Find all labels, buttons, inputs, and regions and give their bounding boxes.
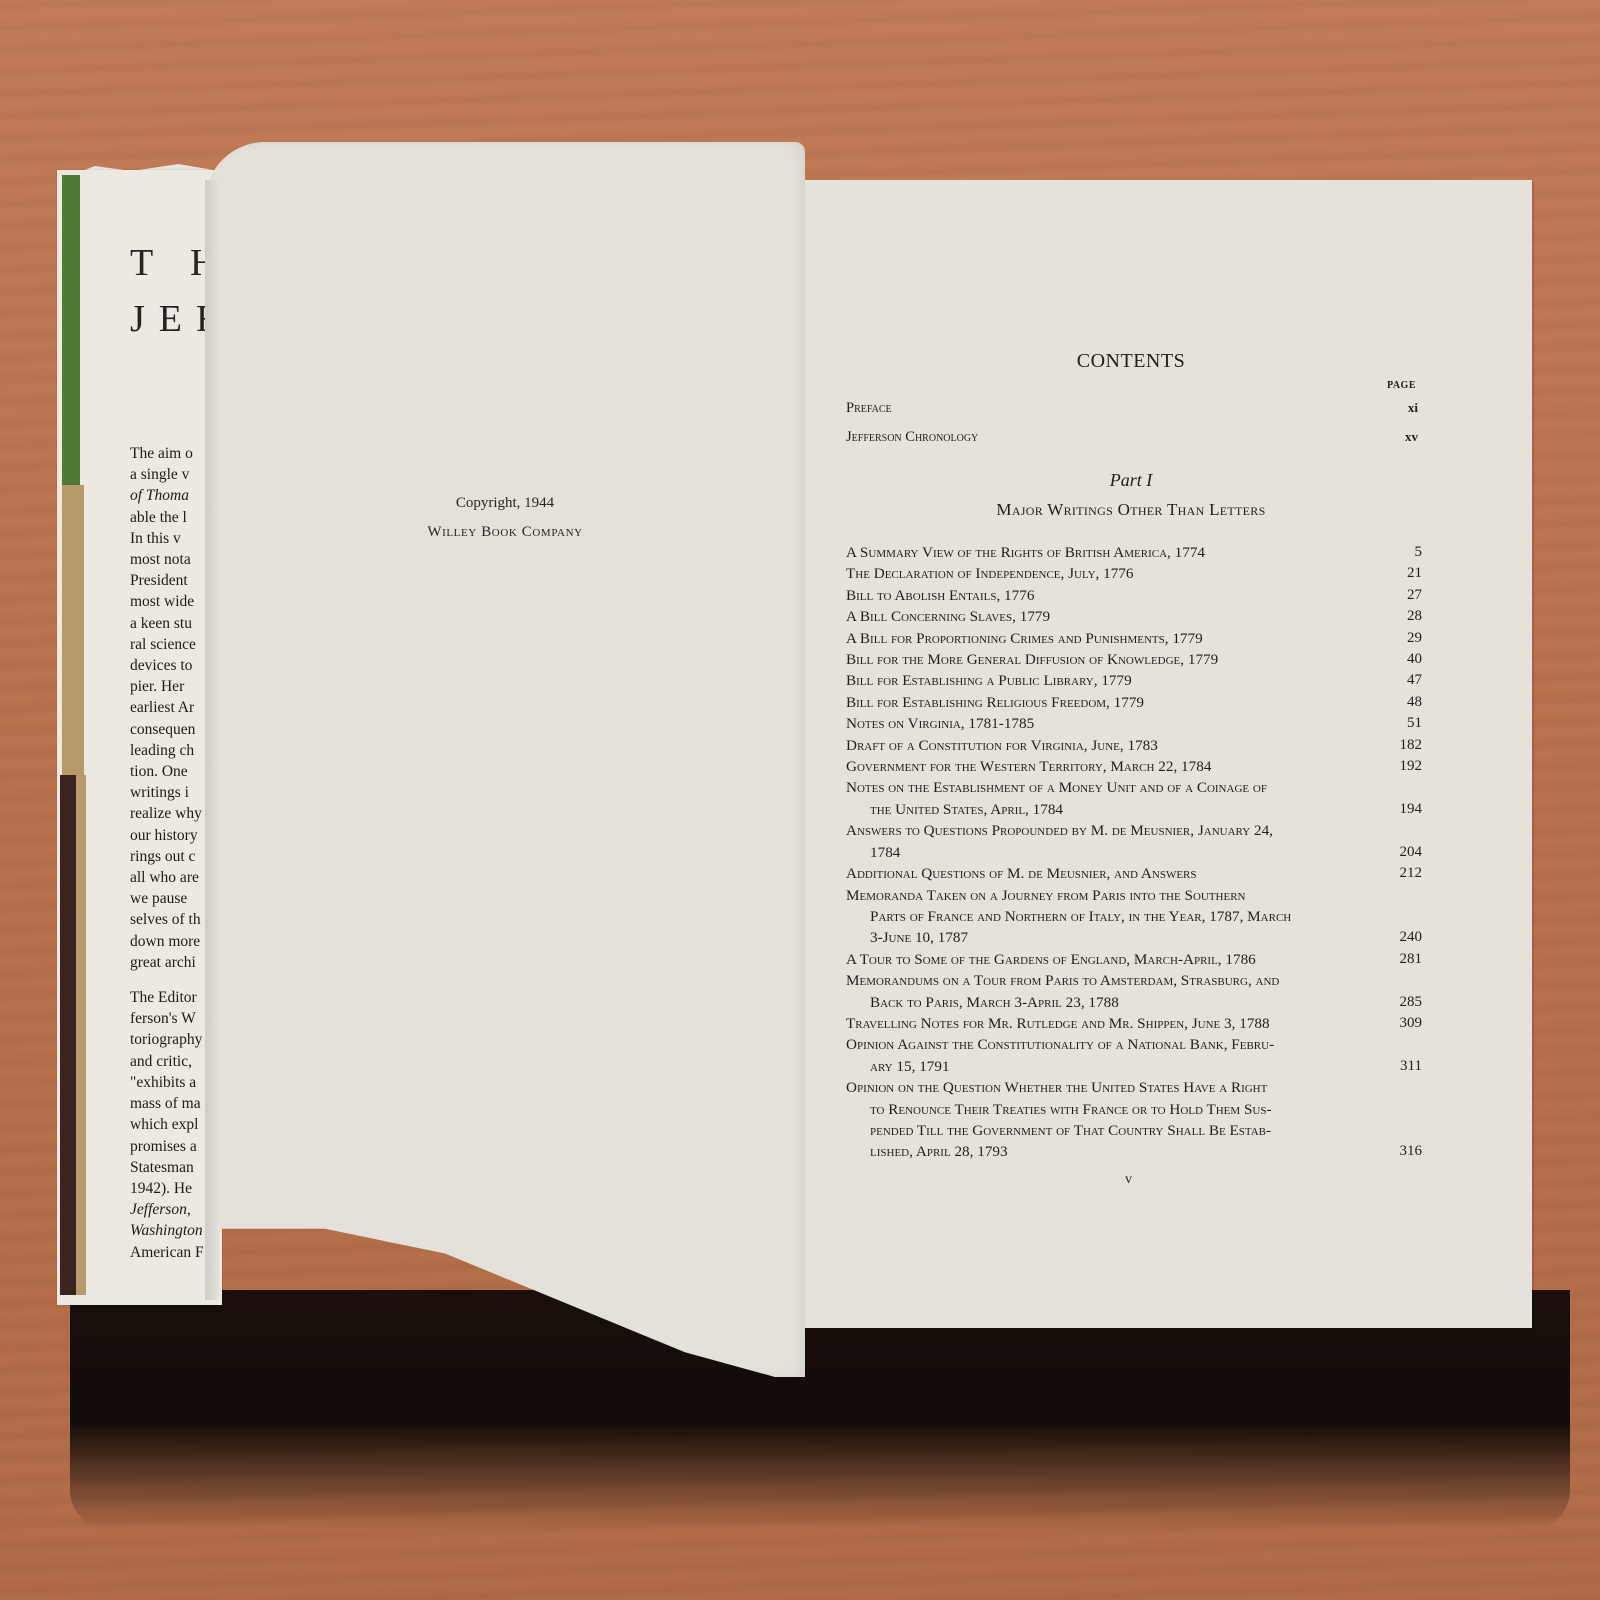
toc-entry-page-number: 27 xyxy=(1407,585,1422,606)
toc-entry-title-line: A Tour to Some of the Gardens of England… xyxy=(846,949,1376,970)
jacket-blurb-line: Jefferson, xyxy=(130,1199,212,1220)
toc-entry-page-number: 240 xyxy=(1400,927,1423,948)
front-matter-page: xi xyxy=(1408,400,1418,416)
copyright-notice: Copyright, 1944 xyxy=(205,495,805,512)
toc-entry-title-line: Government for the Western Territory, Ma… xyxy=(846,756,1376,777)
toc-entry-title-line: the United States, April, 1784 xyxy=(846,799,1376,820)
toc-entry: Bill for Establishing Religious Freedom,… xyxy=(846,692,1426,713)
jacket-blurb-line: a single v xyxy=(130,464,212,485)
toc-entry: A Bill Concerning Slaves, 177928 xyxy=(846,606,1426,627)
toc-entries: A Summary View of the Rights of British … xyxy=(846,542,1426,1163)
front-matter-title: Jefferson Chronology xyxy=(846,429,978,445)
toc-entry-title-line: Draft of a Constitution for Virginia, Ju… xyxy=(846,735,1376,756)
toc-entry-title-line: Bill for Establishing Religious Freedom,… xyxy=(846,692,1376,713)
left-page-curl xyxy=(205,180,219,1300)
jacket-blurb-line: able the l xyxy=(130,507,212,528)
jacket-blurb-line: American F xyxy=(130,1242,212,1263)
toc-entry-page-number: 281 xyxy=(1400,949,1423,970)
toc-entry-title-line: Bill for Establishing a Public Library, … xyxy=(846,670,1376,691)
front-matter-title: Preface xyxy=(846,400,892,416)
toc-entry-title-line: lished, April 28, 1793 xyxy=(846,1141,1376,1162)
toc-entry: Answers to Questions Propounded by M. de… xyxy=(846,820,1426,863)
jacket-blurb-line: which expl xyxy=(130,1114,212,1135)
toc-entry: Bill to Abolish Entails, 177627 xyxy=(846,585,1426,606)
toc-entry-title-line: ary 15, 1791 xyxy=(846,1056,1376,1077)
jacket-blurb-line: devices to xyxy=(130,655,212,676)
toc-entry-title-line: Answers to Questions Propounded by M. de… xyxy=(846,820,1376,841)
toc-entry-page-number: 192 xyxy=(1400,756,1423,777)
toc-entry: Government for the Western Territory, Ma… xyxy=(846,756,1426,777)
toc-entry-title-line: pended Till the Government of That Count… xyxy=(846,1120,1376,1141)
jacket-blurb-line: we pause xyxy=(130,888,212,909)
jacket-blurb-line: Washington xyxy=(130,1220,212,1241)
jacket-blurb-line: and critic, xyxy=(130,1051,212,1072)
toc-entry-page-number: 48 xyxy=(1407,692,1422,713)
jacket-blurb-line: tion. One xyxy=(130,761,212,782)
jacket-tan-band xyxy=(62,485,84,775)
toc-entry: A Bill for Proportioning Crimes and Puni… xyxy=(846,628,1426,649)
toc-entry-title-line: Travelling Notes for Mr. Rutledge and Mr… xyxy=(846,1013,1376,1034)
toc-entry-title-line: Opinion on the Question Whether the Unit… xyxy=(846,1077,1376,1098)
jacket-blurb-line: mass of ma xyxy=(130,1093,212,1114)
left-page xyxy=(205,142,805,1377)
toc-entry-title-line: Bill for the More General Diffusion of K… xyxy=(846,649,1376,670)
jacket-blurb-line: The aim o xyxy=(130,443,212,464)
jacket-blurb-line: consequen xyxy=(130,719,212,740)
jacket-blurb-line: our history xyxy=(130,825,212,846)
jacket-blurb-line: of Thoma xyxy=(130,485,212,506)
jacket-blurb-line: great archi xyxy=(130,952,212,973)
toc-entry: Bill for the More General Diffusion of K… xyxy=(846,649,1426,670)
jacket-blurb-line: President xyxy=(130,570,212,591)
toc-entry-title-line: Notes on the Establishment of a Money Un… xyxy=(846,777,1376,798)
toc-entry: Additional Questions of M. de Meusnier, … xyxy=(846,863,1426,884)
toc-entry: Draft of a Constitution for Virginia, Ju… xyxy=(846,735,1426,756)
toc-entry-page-number: 311 xyxy=(1400,1056,1422,1077)
toc-entry-page-number: 29 xyxy=(1407,628,1422,649)
jacket-blurb-line: most wide xyxy=(130,591,212,612)
toc-entry-title-line: A Bill for Proportioning Crimes and Puni… xyxy=(846,628,1376,649)
toc-entry-title-line: Parts of France and Northern of Italy, i… xyxy=(846,906,1376,927)
toc-front-matter-preface: Preface xi xyxy=(846,400,1416,417)
toc-entry-title-line: A Bill Concerning Slaves, 1779 xyxy=(846,606,1376,627)
jacket-blurb-line: earliest Ar xyxy=(130,697,212,718)
jacket-brown-band xyxy=(60,775,76,1295)
jacket-blurb: The aim oa single vof Thomaable the lIn … xyxy=(130,443,212,1277)
jacket-blurb-line: pier. Her xyxy=(130,676,212,697)
toc-entry: Opinion on the Question Whether the Unit… xyxy=(846,1077,1426,1163)
toc-entry: A Summary View of the Rights of British … xyxy=(846,542,1426,563)
jacket-blurb-line: a keen stu xyxy=(130,613,212,634)
toc-entry-page-number: 204 xyxy=(1400,842,1423,863)
toc-entry: The Declaration of Independence, July, 1… xyxy=(846,563,1426,584)
toc-entry-title-line: to Renounce Their Treaties with France o… xyxy=(846,1099,1376,1120)
jacket-blurb-line: promises a xyxy=(130,1136,212,1157)
jacket-blurb-line: "exhibits a xyxy=(130,1072,212,1093)
toc-entry-page-number: 194 xyxy=(1400,799,1423,820)
jacket-blurb-line: toriography xyxy=(130,1029,212,1050)
front-matter-page: xv xyxy=(1405,429,1418,445)
toc-entry-page-number: 309 xyxy=(1400,1013,1423,1034)
toc-entry: Notes on the Establishment of a Money Un… xyxy=(846,777,1426,820)
toc-entry: Travelling Notes for Mr. Rutledge and Mr… xyxy=(846,1013,1426,1034)
jacket-blurb-paragraph-2: The Editorferson's Wtoriographyand criti… xyxy=(130,987,212,1263)
toc-entry-title-line: Opinion Against the Constitutionality of… xyxy=(846,1034,1376,1055)
toc-entry: Opinion Against the Constitutionality of… xyxy=(846,1034,1426,1077)
jacket-blurb-line: all who are xyxy=(130,867,212,888)
jacket-blurb-line: ferson's W xyxy=(130,1008,212,1029)
toc-entry-title-line: Bill to Abolish Entails, 1776 xyxy=(846,585,1376,606)
jacket-blurb-paragraph-1: The aim oa single vof Thomaable the lIn … xyxy=(130,443,212,973)
toc-entry-page-number: 5 xyxy=(1415,542,1423,563)
jacket-blurb-line: leading ch xyxy=(130,740,212,761)
toc-entry-title-line: 1784 xyxy=(846,842,1376,863)
jacket-green-band xyxy=(62,175,80,485)
jacket-blurb-line: In this v xyxy=(130,528,212,549)
toc-entry-title-line: The Declaration of Independence, July, 1… xyxy=(846,563,1376,584)
toc-entry-page-number: 21 xyxy=(1407,563,1422,584)
toc-entry-title-line: 3-June 10, 1787 xyxy=(846,927,1376,948)
toc-entry-title-line: Back to Paris, March 3-April 23, 1788 xyxy=(846,992,1376,1013)
copyright-block: Copyright, 1944 Willey Book Company xyxy=(205,495,805,541)
jacket-blurb-line: rings out c xyxy=(130,846,212,867)
toc-entry-page-number: 28 xyxy=(1407,606,1422,627)
toc-entry-title-line: Memoranda Taken on a Journey from Paris … xyxy=(846,885,1376,906)
jacket-blurb-line: most nota xyxy=(130,549,212,570)
jacket-blurb-line: down more xyxy=(130,931,212,952)
jacket-blurb-line: realize why xyxy=(130,803,212,824)
toc-entry-title-line: Additional Questions of M. de Meusnier, … xyxy=(846,863,1376,884)
jacket-tan-edge xyxy=(76,775,86,1295)
toc-entry: Bill for Establishing a Public Library, … xyxy=(846,670,1426,691)
jacket-blurb-line: ral science xyxy=(130,634,212,655)
toc-entry-page-number: 212 xyxy=(1400,863,1423,884)
toc-entry: Memoranda Taken on a Journey from Paris … xyxy=(846,885,1426,949)
toc-entry-title-line: Notes on Virginia, 1781-1785 xyxy=(846,713,1376,734)
contents-heading: CONTENTS xyxy=(846,350,1416,373)
toc-entry-page-number: 47 xyxy=(1407,670,1422,691)
publisher-name: Willey Book Company xyxy=(205,524,805,541)
toc-entry-title-line: A Summary View of the Rights of British … xyxy=(846,542,1376,563)
jacket-blurb-line: writings i xyxy=(130,782,212,803)
page-column-header: PAGE xyxy=(1387,380,1416,391)
toc-entry-title-line: Memorandums on a Tour from Paris to Amst… xyxy=(846,970,1376,991)
toc-entry-page-number: 40 xyxy=(1407,649,1422,670)
toc-entry-page-number: 316 xyxy=(1400,1141,1423,1162)
jacket-blurb-line: 1942). He xyxy=(130,1178,212,1199)
toc-entry: Notes on Virginia, 1781-178551 xyxy=(846,713,1426,734)
jacket-blurb-line: Statesman xyxy=(130,1157,212,1178)
toc-entry-page-number: 51 xyxy=(1407,713,1422,734)
toc-entry: A Tour to Some of the Gardens of England… xyxy=(846,949,1426,970)
toc-entry-page-number: 285 xyxy=(1400,992,1423,1013)
part-subtitle: Major Writings Other Than Letters xyxy=(846,500,1416,520)
toc-entry-page-number: 182 xyxy=(1400,735,1423,756)
jacket-blurb-line: selves of th xyxy=(130,909,212,930)
page-folio: v xyxy=(1125,1172,1132,1188)
toc-front-matter-chronology: Jefferson Chronology xv xyxy=(846,429,1416,446)
jacket-blurb-line: The Editor xyxy=(130,987,212,1008)
part-label: Part I xyxy=(846,470,1416,491)
toc-entry: Memorandums on a Tour from Paris to Amst… xyxy=(846,970,1426,1013)
